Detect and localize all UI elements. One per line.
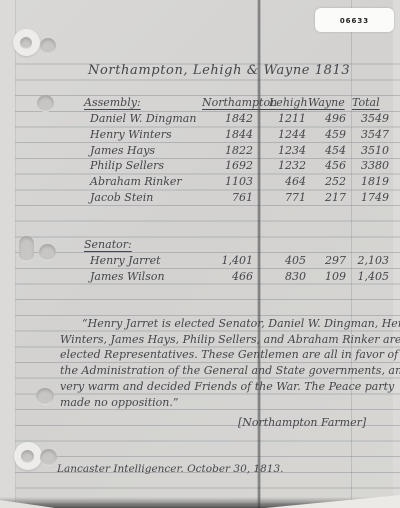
vote-count: 1822 — [193, 144, 253, 157]
vote-count: 830 — [260, 270, 306, 283]
vote-count: 3510 — [342, 144, 389, 157]
vote-count: 1234 — [260, 144, 306, 157]
assembly-row: Abraham Rinker 1103 464 252 1819 — [0, 175, 400, 190]
vote-count: 109 — [302, 270, 346, 283]
assembly-row: James Hays 1822 1234 454 3510 — [0, 144, 400, 159]
vote-count: 459 — [302, 128, 346, 141]
senator-row: Henry Jarret 1,401 405 297 2,103 — [0, 254, 400, 269]
vote-count: 466 — [193, 270, 253, 283]
punch-hole — [20, 37, 32, 49]
vote-count: 3547 — [342, 128, 389, 141]
source-citation: Lancaster Intelligencer. October 30, 181… — [57, 463, 283, 475]
vote-count: 761 — [193, 191, 253, 204]
vote-count: 3380 — [342, 159, 389, 172]
quote-line: made no opposition.” — [60, 395, 398, 411]
vote-count: 3549 — [342, 112, 389, 125]
vote-count: 456 — [302, 159, 346, 172]
vote-count: 464 — [260, 175, 306, 188]
punch-hole — [40, 38, 56, 54]
vote-count: 405 — [260, 254, 306, 267]
column-header-northampton: Northampton — [202, 96, 277, 109]
vote-count: 1749 — [342, 191, 389, 204]
vote-count: 2,103 — [342, 254, 389, 267]
quote-attribution: [Northampton Farmer] — [238, 416, 366, 429]
vote-count: 1211 — [260, 112, 306, 125]
page-corner-bottom-left — [0, 500, 55, 508]
candidate-name: Jacob Stein — [90, 191, 153, 204]
assembly-row: Daniel W. Dingman 1842 1211 496 3549 — [0, 112, 400, 127]
vote-count: 1232 — [260, 159, 306, 172]
vote-count: 252 — [302, 175, 346, 188]
assembly-section-label: Assembly: — [84, 96, 141, 109]
vote-count: 1842 — [193, 112, 253, 125]
candidate-name: James Wilson — [90, 270, 165, 283]
candidate-name: Henry Winters — [90, 128, 172, 141]
senator-row: James Wilson 466 830 109 1,405 — [0, 270, 400, 285]
quote-line: Winters, James Hays, Philip Sellers, and… — [60, 332, 398, 348]
catalog-number-stamp: 06633 — [315, 8, 394, 32]
vote-count: 1103 — [193, 175, 253, 188]
catalog-number: 06633 — [340, 17, 369, 25]
vote-count: 1,405 — [342, 270, 389, 283]
vote-count: 1244 — [260, 128, 306, 141]
assembly-header-row: Assembly: Northampton Lehigh Wayne Total — [0, 96, 400, 111]
candidate-name: James Hays — [90, 144, 155, 157]
senator-section-label: Senator: — [84, 238, 132, 251]
column-header-wayne: Wayne — [308, 96, 345, 109]
quote-line: elected Representatives. These Gentlemen… — [60, 347, 398, 363]
vote-count: 297 — [302, 254, 346, 267]
assembly-row: Henry Winters 1844 1244 459 3547 — [0, 128, 400, 143]
vote-count: 771 — [260, 191, 306, 204]
punch-hole — [21, 450, 34, 463]
column-header-lehigh: Lehigh — [269, 96, 308, 109]
vote-count: 454 — [302, 144, 346, 157]
assembly-row: Jacob Stein 761 771 217 1749 — [0, 191, 400, 206]
quote-line: the Administration of the General and St… — [60, 363, 398, 379]
candidate-name: Abraham Rinker — [90, 175, 182, 188]
scanned-document-page: 06633 Northampton, Lehigh & Wayne 1813 A… — [0, 0, 400, 508]
quote-line: very warm and decided Friends of the War… — [60, 379, 398, 395]
vote-count: 1692 — [193, 159, 253, 172]
vote-count: 1844 — [193, 128, 253, 141]
candidate-name: Daniel W. Dingman — [90, 112, 196, 125]
quote-line: “Henry Jarret is elected Senator, Daniel… — [60, 316, 398, 332]
vote-count: 1,401 — [193, 254, 253, 267]
vote-count: 1819 — [342, 175, 389, 188]
senator-header-row: Senator: — [0, 238, 400, 253]
vote-count: 496 — [302, 112, 346, 125]
punch-hole — [40, 449, 57, 466]
quote-paragraph: “Henry Jarret is elected Senator, Daniel… — [60, 316, 398, 410]
candidate-name: Henry Jarret — [90, 254, 161, 267]
punch-hole — [36, 388, 54, 405]
page-title: Northampton, Lehigh & Wayne 1813 — [88, 63, 350, 78]
column-header-total: Total — [352, 96, 380, 109]
assembly-row: Philip Sellers 1692 1232 456 3380 — [0, 159, 400, 174]
page-corner-bottom-right — [265, 495, 400, 508]
candidate-name: Philip Sellers — [90, 159, 164, 172]
vote-count: 217 — [302, 191, 346, 204]
